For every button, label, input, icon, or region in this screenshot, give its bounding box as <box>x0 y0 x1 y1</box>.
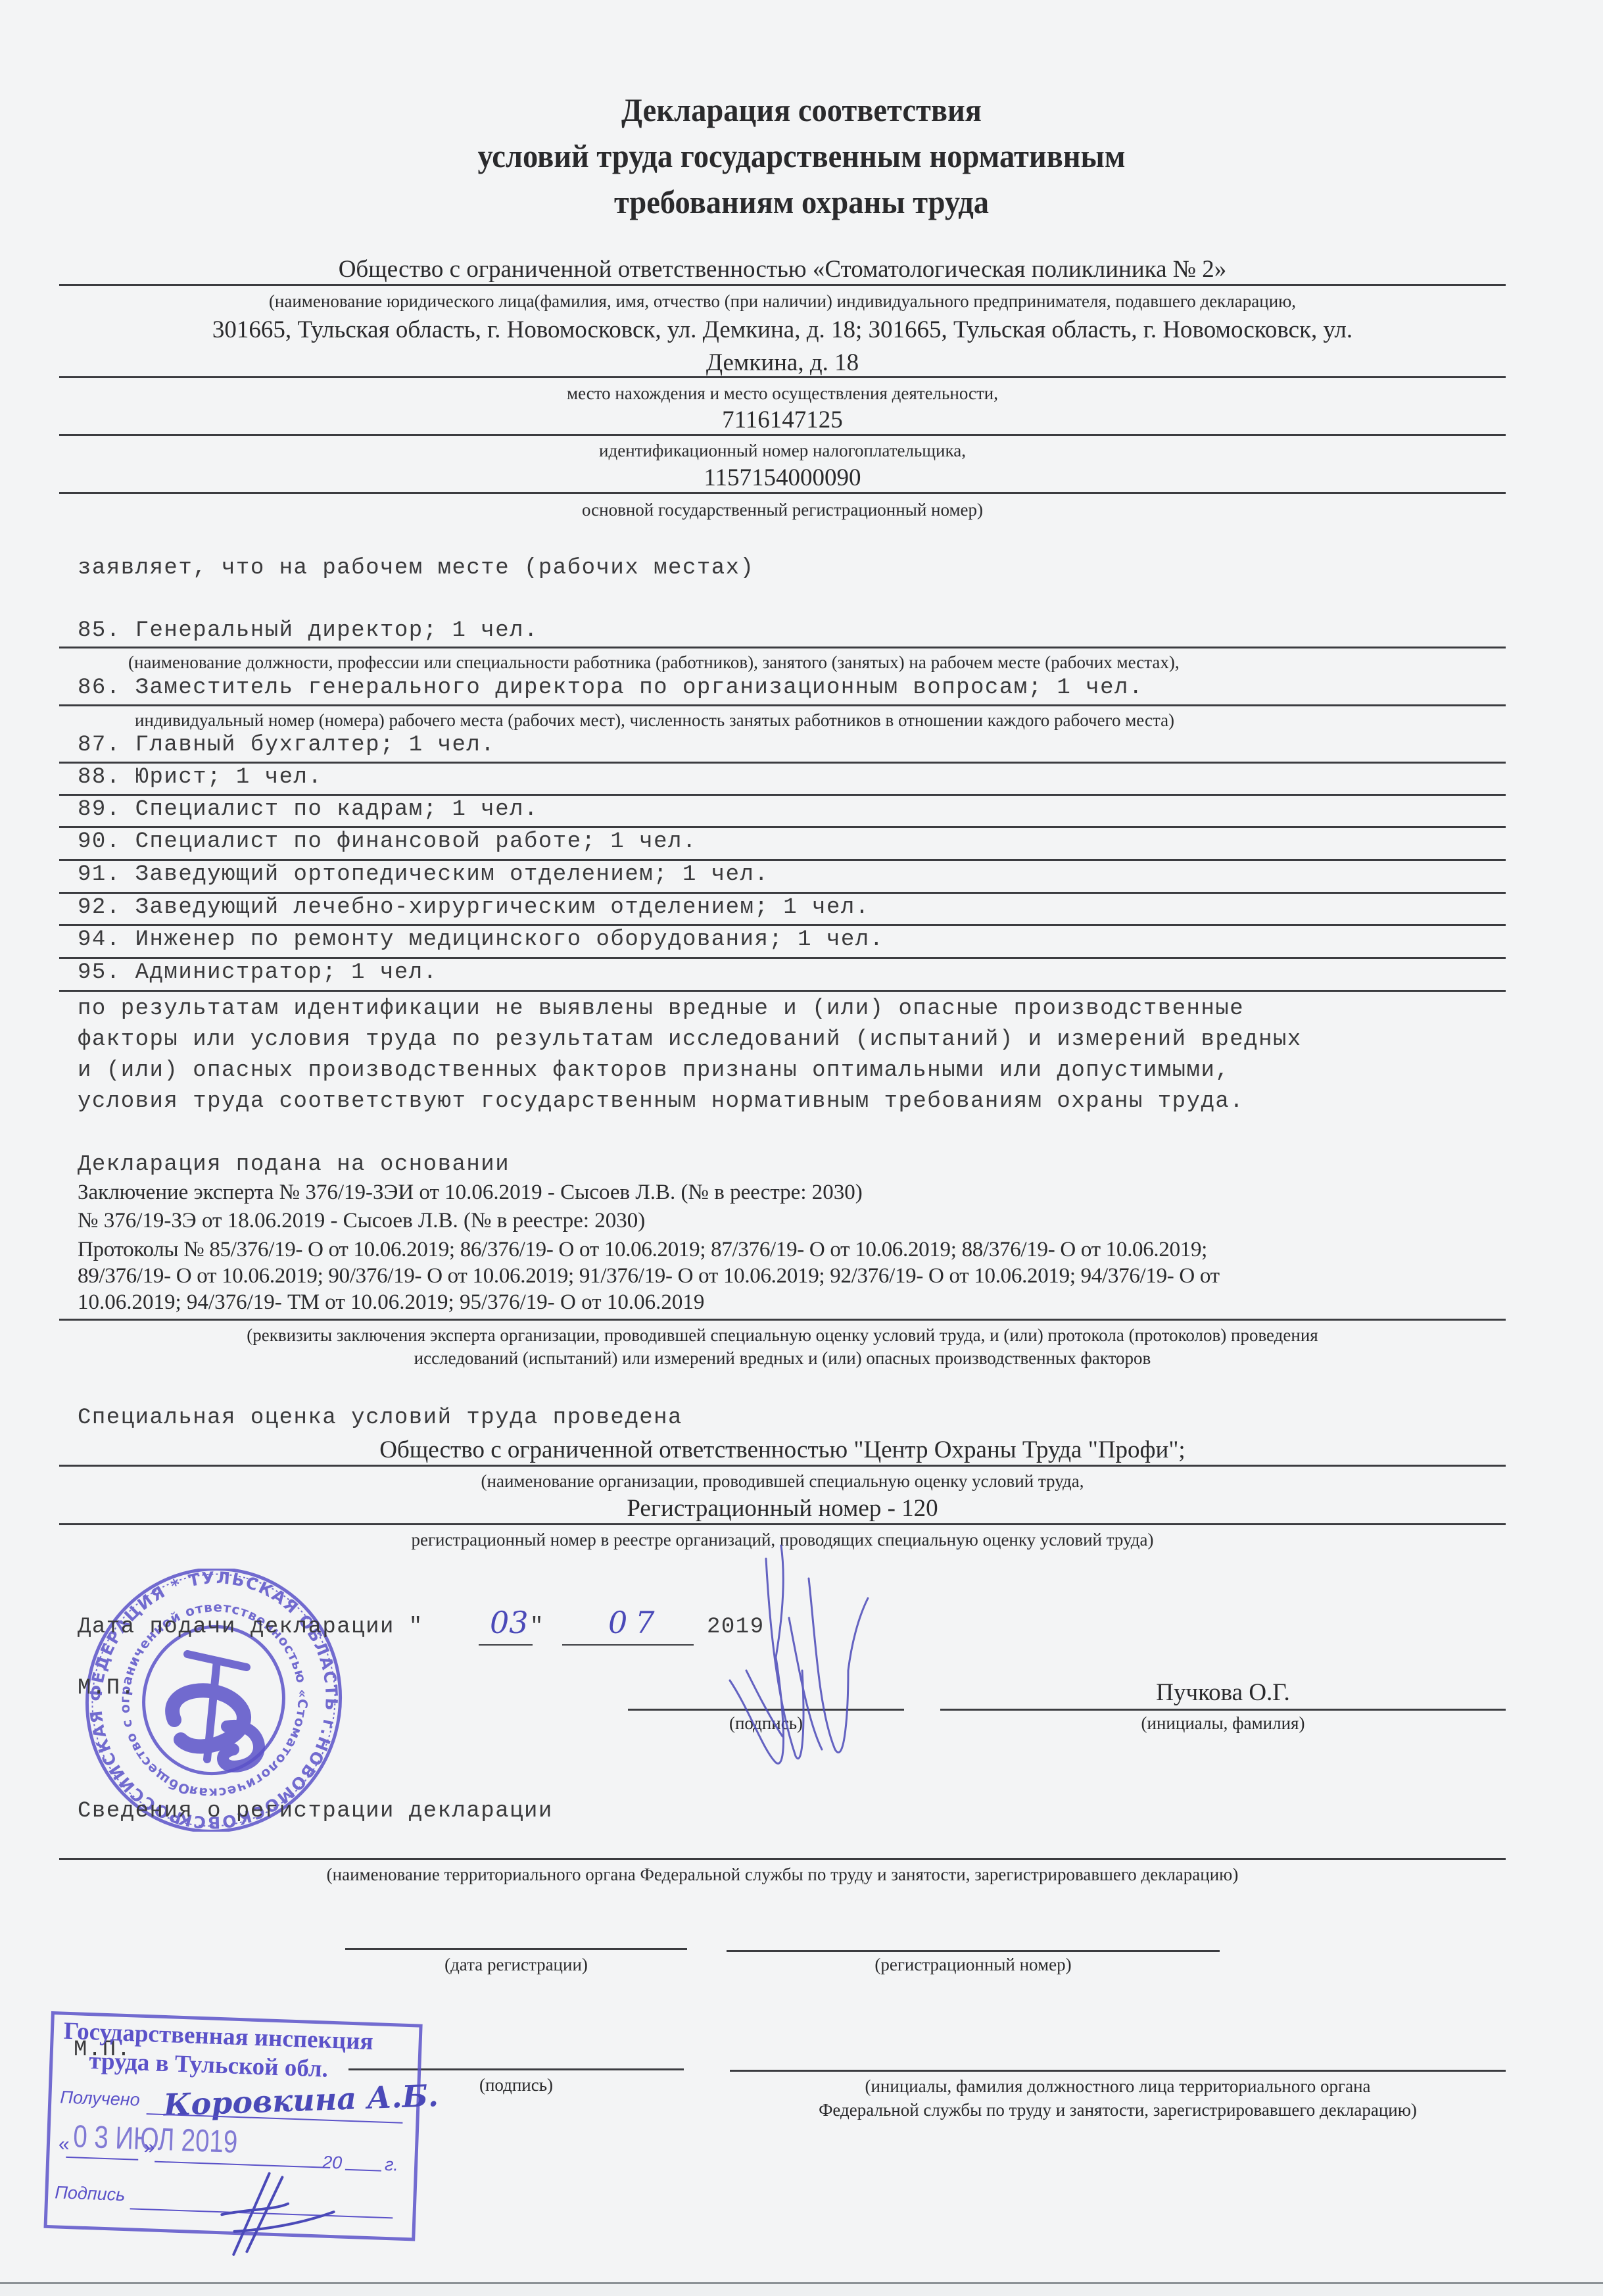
inspection-date-close: » <box>143 2136 155 2159</box>
day-underline <box>479 1644 533 1646</box>
organization-name: Общество с ограниченной ответственностью… <box>59 255 1506 283</box>
assessment-org-name: Общество с ограниченной ответственностью… <box>59 1436 1506 1464</box>
result-line: факторы или условия труда по результатам… <box>78 1027 1302 1052</box>
rule <box>59 492 1506 494</box>
result-line: условия труда соответствуют государствен… <box>78 1089 1244 1114</box>
signer-name: Пучкова О.Г. <box>940 1678 1506 1707</box>
assessment-reg-number: Регистрационный номер - 120 <box>59 1494 1506 1523</box>
registration-number-hint: (регистрационный номер) <box>727 1955 1220 1975</box>
rule <box>59 434 1506 436</box>
rule <box>59 826 1506 828</box>
workplace-item: 95. Администратор; 1 чел. <box>78 960 438 985</box>
rule <box>59 924 1506 926</box>
rule <box>59 284 1506 286</box>
workplace-item: 87. Главный бухгалтер; 1 чел. <box>78 733 495 758</box>
title-line-2: условий труда государственным нормативны… <box>56 137 1546 175</box>
basis-line: Протоколы № 85/376/19- О от 10.06.2019; … <box>78 1238 1207 1262</box>
submission-date-label: Дата подачи декларации " <box>78 1615 423 1640</box>
submission-month[interactable]: 07 <box>608 1605 663 1640</box>
title-line-1: Декларация соответствия <box>56 91 1546 129</box>
inspection-date-open: « <box>58 2134 70 2157</box>
signer-line <box>940 1709 1506 1711</box>
rule <box>59 1465 1506 1467</box>
registration-heading: Сведения о регистрации декларации <box>78 1799 553 1824</box>
rule <box>59 1319 1506 1321</box>
inspection-year-suffix: г. <box>385 2155 399 2176</box>
signature-icon <box>684 1539 901 1776</box>
official-hint-1: (инициалы, фамилия должностного лица тер… <box>730 2076 1506 2097</box>
workplace-hint-1: (наименование должности, профессии или с… <box>128 652 1180 673</box>
ogrn-hint: основной государственный регистрационный… <box>59 500 1506 520</box>
assessment-org-hint: (наименование организации, проводившей с… <box>59 1471 1506 1492</box>
workplace-item: 94. Инженер по ремонту медицинского обор… <box>78 927 884 952</box>
basis-hint-2: исследований (испытаний) или измерений в… <box>59 1348 1506 1369</box>
inspection-stamp: Государственная инспекция труда в Тульск… <box>43 2011 425 2245</box>
inspection-date-stamp: 0 3 ИЮЛ 2019 <box>72 2118 238 2161</box>
basis-line: 89/376/19- О от 10.06.2019; 90/376/19- О… <box>78 1264 1220 1288</box>
workplace-item: 92. Заведующий лечебно-хирургическим отд… <box>78 895 870 920</box>
rule <box>59 1523 1506 1525</box>
inspection-received-label: Получено <box>60 2088 140 2111</box>
quote-close: " <box>530 1615 544 1640</box>
registration-body-hint: (наименование территориального органа Фе… <box>59 1865 1506 1885</box>
ogrn-value: 1157154000090 <box>59 464 1506 492</box>
month-underline <box>562 1644 694 1646</box>
result-line: и (или) опасных производственных факторо… <box>78 1058 1230 1083</box>
submission-mp: М.П. <box>78 1676 135 1701</box>
registration-date-line <box>345 1948 687 1950</box>
rule <box>59 647 1506 648</box>
address-line-2: Демкина, д. 18 <box>59 349 1506 377</box>
registration-number-line <box>727 1950 1220 1952</box>
title-line-3: требованиям охраны труда <box>56 183 1546 221</box>
workplace-item: 85. Генеральный директор; 1 чел. <box>78 618 538 643</box>
workplace-item: 90. Специалист по финансовой работе; 1 ч… <box>78 829 697 854</box>
submission-day[interactable]: 03 <box>490 1605 529 1640</box>
inspector-signature-icon <box>207 2168 342 2265</box>
organization-name-hint: (наименование юридического лица(фамилия,… <box>59 291 1506 312</box>
address-line-1: 301665, Тульская область, г. Новомосковс… <box>59 316 1506 344</box>
official-hint-2: Федеральной службы по труду и занятости,… <box>730 2100 1506 2120</box>
basis-line: 10.06.2019; 94/376/19- ТМ от 10.06.2019;… <box>78 1290 704 1315</box>
basis-hint-1: (реквизиты заключения эксперта организац… <box>59 1325 1506 1346</box>
official-name-line <box>730 2070 1506 2072</box>
workplace-hint-2: индивидуальный номер (номера) рабочего м… <box>135 710 1174 731</box>
result-line: по результатам идентификации не выявлены… <box>78 996 1244 1021</box>
basis-heading: Декларация подана на основании <box>78 1152 510 1177</box>
workplace-item: 86. Заместитель генерального директора п… <box>78 675 1143 700</box>
registration-body-line <box>59 1858 1506 1860</box>
rule <box>59 762 1506 764</box>
rule <box>59 892 1506 894</box>
rule <box>59 957 1506 959</box>
declaration-page: Декларация соответствия условий труда го… <box>0 0 1603 2284</box>
registration-date-hint: (дата регистрации) <box>345 1955 687 1975</box>
inn-value: 7116147125 <box>59 406 1506 434</box>
address-hint: место нахождения и место осуществления д… <box>59 383 1506 404</box>
inspection-year-prefix: 20 <box>322 2153 343 2174</box>
rule <box>59 990 1506 992</box>
inn-hint: идентификационный номер налогоплательщик… <box>59 441 1506 461</box>
workplace-item: 88. Юрист; 1 чел. <box>78 765 322 790</box>
workplace-item: 91. Заведующий ортопедическим отделением… <box>78 862 769 887</box>
rule <box>59 859 1506 861</box>
assessment-heading: Специальная оценка условий труда проведе… <box>78 1405 682 1430</box>
basis-line: Заключение эксперта № 376/19-ЗЭИ от 10.0… <box>78 1181 863 1205</box>
basis-line: № 376/19-ЗЭ от 18.06.2019 - Сысоев Л.В. … <box>78 1209 645 1233</box>
rule <box>59 704 1506 706</box>
rule <box>59 794 1506 796</box>
signer-hint: (инициалы, фамилия) <box>940 1713 1506 1734</box>
rule <box>59 376 1506 378</box>
declares-text: заявляет, что на рабочем месте (рабочих … <box>78 556 754 581</box>
inspection-signature-label: Подпись <box>55 2182 126 2205</box>
workplace-item: 89. Специалист по кадрам; 1 чел. <box>78 797 538 822</box>
